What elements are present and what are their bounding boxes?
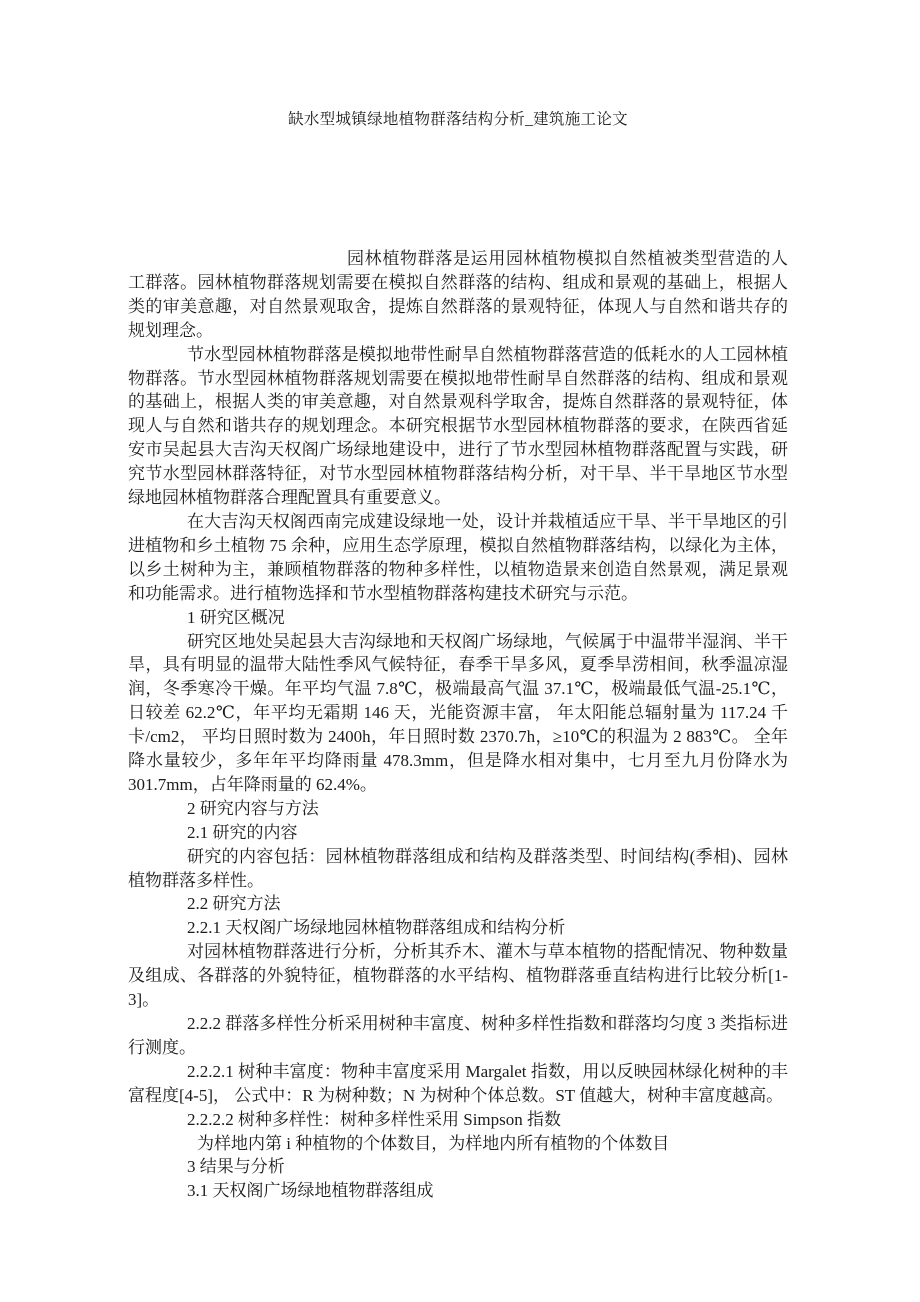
paragraph-formula-note: 为样地内第 i 种植物的个体数目，为样地内所有植物的个体数目 (128, 1132, 788, 1156)
document-title: 缺水型城镇绿地植物群落结构分析_建筑施工论文 (128, 108, 788, 131)
document-page: 缺水型城镇绿地植物群落结构分析_建筑施工论文 园林植物群落是运用园林植物模拟自然… (0, 0, 920, 1302)
heading-composition-analysis: 2.2.1 天权阁广场绿地园林植物群落组成和结构分析 (128, 916, 788, 940)
paragraph-research-content: 研究的内容包括：园林植物群落组成和结构及群落类型、时间结构(季相)、园林植物群落… (128, 845, 788, 893)
document-body: 园林植物群落是运用园林植物模拟自然植被类型营造的人工群落。园林植物群落规划需要在… (128, 247, 788, 1203)
paragraph-site-design: 在大吉沟天权阁西南完成建设绿地一处，设计并栽植适应干旱、半干旱地区的引进植物和乡… (128, 510, 788, 606)
heading-study-area: 1 研究区概况 (128, 606, 788, 630)
heading-content-methods: 2 研究内容与方法 (128, 797, 788, 821)
heading-research-methods: 2.2 研究方法 (128, 892, 788, 916)
heading-results-analysis: 3 结果与分析 (128, 1155, 788, 1179)
heading-simpson-index: 2.2.2.2 树种多样性：树种多样性采用 Simpson 指数 (128, 1108, 788, 1132)
paragraph-intro: 园林植物群落是运用园林植物模拟自然植被类型营造的人工群落。园林植物群落规划需要在… (128, 247, 788, 343)
paragraph-structure-analysis: 对园林植物群落进行分析，分析其乔木、灌木与草本植物的搭配情况、物种数量及组成、各… (128, 940, 788, 1012)
paragraph-water-saving: 节水型园林植物群落是模拟地带性耐旱自然植物群落营造的低耗水的人工园林植物群落。节… (128, 343, 788, 510)
heading-research-content: 2.1 研究的内容 (128, 821, 788, 845)
paragraph-study-area-climate: 研究区地处吴起县大吉沟绿地和天权阁广场绿地，气候属于中温带半湿润、半干旱，具有明… (128, 630, 788, 797)
paragraph-richness-index: 2.2.2.1 树种丰富度：物种丰富度采用 Margalet 指数，用以反映园林… (128, 1060, 788, 1108)
heading-community-composition: 3.1 天权阁广场绿地植物群落组成 (128, 1179, 788, 1203)
paragraph-diversity-indexes: 2.2.2 群落多样性分析采用树种丰富度、树种多样性指数和群落均匀度 3 类指标… (128, 1012, 788, 1060)
